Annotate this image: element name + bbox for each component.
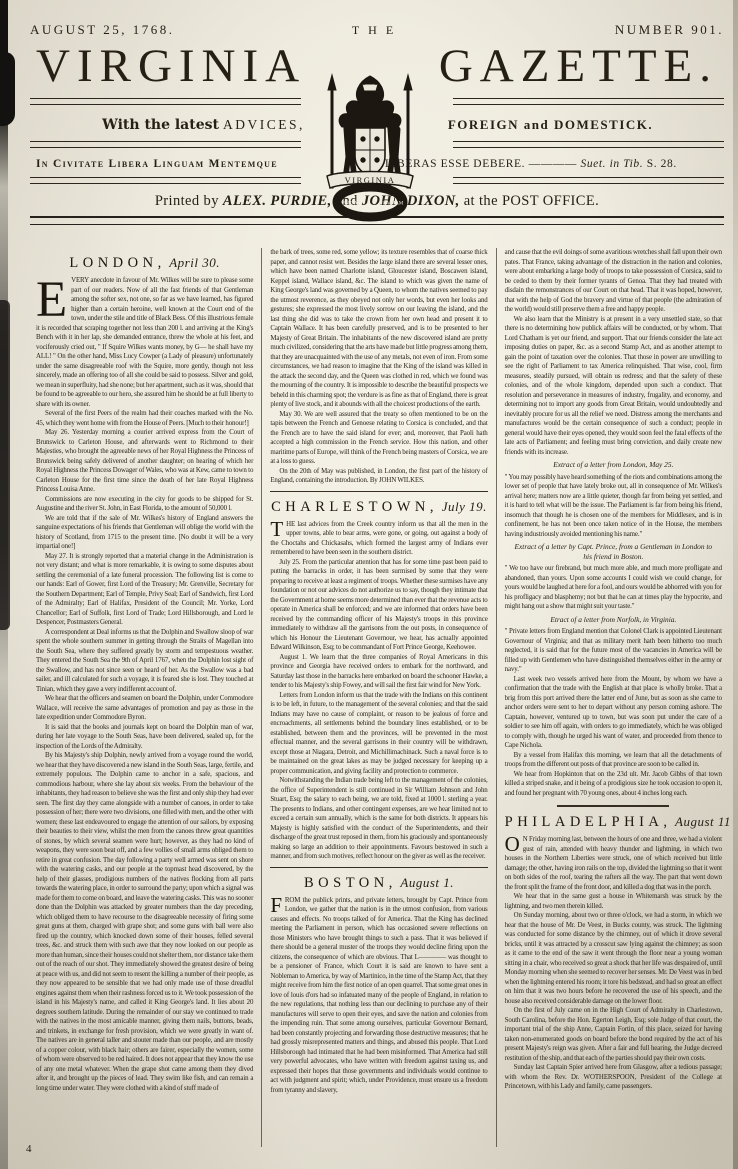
article-paragraph: By his Majesty's ship Dolphin, newly arr… (36, 751, 253, 1093)
drop-cap: O (505, 836, 520, 853)
article-paragraph: Commissions are now executing in the cit… (36, 495, 253, 514)
article-paragraph: July 25. From the particular attention t… (270, 558, 487, 653)
drop-cap: T (270, 521, 283, 538)
article-paragraph: It is said that the books and journals k… (36, 723, 253, 752)
scan-edge-blob (0, 300, 10, 630)
imprint-text: Printed by (155, 193, 223, 209)
newspaper-page: AUGUST 25, 1768. THE NUMBER 901. VIRGINI… (0, 0, 738, 1169)
column-2: the bark of trees, some red, some yellow… (261, 248, 495, 1147)
article-paragraph: On the first of July came on in the High… (505, 1006, 722, 1063)
masthead-the: THE (297, 23, 457, 38)
column-rule (557, 805, 669, 807)
double-rule (30, 141, 301, 148)
article-paragraph: and cause that the evil doings of some a… (505, 248, 722, 315)
drop-cap: E (36, 279, 67, 321)
drop-cap: F (270, 897, 282, 914)
letter-extract-heading: Extract of a letter from London, May 25. (511, 460, 716, 470)
article-paragraph: By a vessel from Halifax this morning, w… (505, 751, 722, 770)
crest-motto-right-text: QUARTAM (379, 202, 404, 207)
section-dateline: LONDON, April 30. (36, 254, 253, 272)
double-rule (30, 98, 301, 105)
article-paragraph: FROM the publick prints, and private let… (270, 896, 487, 1096)
imprint-text: at the (460, 193, 502, 209)
article-paragraph: We are told that if the sale of Mr. Wilk… (36, 514, 253, 552)
double-rule (453, 98, 724, 105)
title-virginia: VIRGINIA (36, 42, 306, 91)
article-paragraph: " We too have our firebrand, but much mo… (505, 564, 722, 612)
column-rule (270, 491, 487, 492)
article-paragraph: THE last advices from the Creek country … (270, 520, 487, 558)
article-paragraph: EVERY anecdote in favour of Mr. Wilkes w… (36, 276, 253, 409)
article-paragraph: On Sunday morning, about two or three o'… (505, 911, 722, 1006)
article-paragraph: May 27. It is strongly reported that a m… (36, 552, 253, 628)
columns: LONDON, April 30.EVERY anecdote in favou… (28, 248, 730, 1147)
article-paragraph: ON Friday morning last, between the hour… (505, 835, 722, 892)
article-paragraph: May 30. We are well assured that the tre… (270, 410, 487, 467)
article-paragraph: the bark of trees, some red, some yellow… (270, 248, 487, 410)
foreign-domestick-banner: FOREIGN and DOMESTICK. (377, 117, 724, 133)
article-paragraph: " You may possibly have heard something … (505, 473, 722, 540)
issue-number: NUMBER 901. (457, 22, 724, 38)
article-paragraph: Several of the first Peers of the realm … (36, 409, 253, 428)
article-paragraph: We hear from Hopkinton that on the 23d u… (505, 770, 722, 799)
column-rule (270, 867, 487, 868)
motto-dash: ———— (529, 158, 577, 170)
article-paragraph: We hear that the officers and seamen on … (36, 694, 253, 723)
article-paragraph: Letters from London inform us that the t… (270, 691, 487, 777)
virginia-coat-of-arms-icon: VIRGINIA EN DAT QUARTAM (311, 70, 429, 226)
letter-extract-heading: Extract of a letter by Capt. Prince, fro… (511, 542, 716, 561)
double-rule (453, 141, 724, 148)
article-paragraph: We also learn that the Ministry is at pr… (505, 315, 722, 458)
article-paragraph: Notwithstanding the Indian trade being l… (270, 776, 487, 862)
imprint-office: POST OFFICE. (502, 193, 599, 209)
page-number: 4 (26, 1143, 32, 1155)
scan-edge-blob (0, 52, 15, 126)
issue-date: AUGUST 25, 1768. (30, 22, 297, 38)
motto-citation-rest: S. 28. (647, 158, 677, 170)
article-paragraph: A correspondent at Deal informs us that … (36, 628, 253, 695)
section-dateline: CHARLESTOWN, July 19. (270, 498, 487, 516)
article-paragraph: August 1. We learn that the three compan… (270, 653, 487, 691)
double-rule (453, 177, 724, 184)
letter-extract-heading: Etract of a letter from Norfolk, in Virg… (511, 615, 716, 625)
masthead-top-row: AUGUST 25, 1768. THE NUMBER 901. (30, 22, 724, 38)
article-paragraph: We hear that in the same gust a house in… (505, 892, 722, 911)
scan-edge-artifact-right (733, 0, 738, 1169)
crest-ribbon-text: VIRGINIA (345, 175, 396, 185)
advices-blackletter: With the latest (102, 117, 219, 133)
column-3: and cause that the evil doings of some a… (496, 248, 730, 1147)
article-paragraph: May 26. Yesterday morning a courier arri… (36, 428, 253, 495)
crest-motto-left-text: EN DAT (342, 202, 360, 207)
column-1: LONDON, April 30.EVERY anecdote in favou… (28, 248, 261, 1147)
section-dateline: BOSTON, August 1. (270, 874, 487, 892)
advices-caps: ADVICES, (223, 117, 305, 132)
double-rule (30, 177, 301, 184)
article-paragraph: Sunday last Captain Spier arrived here f… (505, 1063, 722, 1092)
article-paragraph: Last week two vessels arrived here from … (505, 675, 722, 751)
title-gazette: GAZETTE. (439, 42, 718, 91)
motto-citation: Suet. in Tib. (580, 158, 643, 170)
article-paragraph: On the 20th of May was published, in Lon… (270, 467, 487, 486)
article-paragraph: " Private letters from England mention t… (505, 627, 722, 675)
section-dateline: PHILADELPHIA, August 11. (505, 813, 722, 831)
